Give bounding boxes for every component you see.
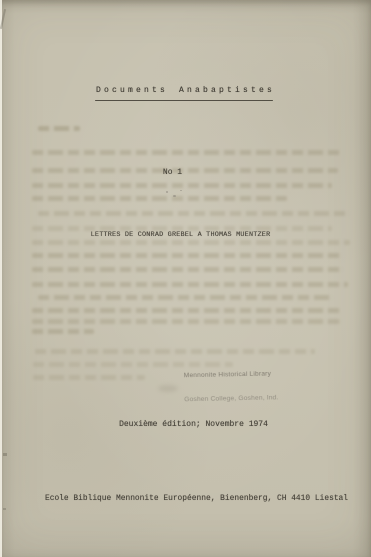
publisher-line: Ecole Biblique Mennonite Européenne, Bie… bbox=[11, 494, 371, 503]
edition-line: Deuxième édition; Novembre 1974 bbox=[8, 420, 371, 429]
series-header: Documents Anabaptistes bbox=[0, 86, 371, 95]
scanned-page: Documents Anabaptistes No 1 LETTRES DE C… bbox=[0, 0, 371, 557]
speck-mark bbox=[3, 508, 6, 510]
pencil-mark bbox=[180, 190, 182, 191]
bleedthrough-line bbox=[32, 267, 344, 272]
pencil-mark bbox=[166, 191, 168, 193]
document-title: LETTRES DE CONRAD GREBEL A THOMAS MUENTZ… bbox=[0, 231, 366, 239]
bleedthrough-line bbox=[32, 308, 340, 313]
issue-number: No 1 bbox=[0, 168, 358, 177]
bleedthrough-line bbox=[32, 196, 287, 201]
bleedthrough-line bbox=[32, 319, 342, 324]
pencil-mark bbox=[173, 195, 176, 197]
bleedthrough-line bbox=[32, 183, 332, 188]
bleedthrough-line bbox=[32, 253, 342, 258]
bleedthrough-line bbox=[32, 150, 340, 155]
bleedthrough-line bbox=[32, 240, 350, 245]
bleedthrough-line bbox=[38, 126, 80, 131]
library-stamp-line2: Goshen College, Goshen, Ind. bbox=[184, 394, 304, 405]
library-stamp: Mennonite Historical Library Goshen Coll… bbox=[183, 354, 304, 420]
library-stamp-line1: Mennonite Historical Library bbox=[184, 370, 304, 381]
bleedthrough-line bbox=[38, 211, 350, 216]
scan-edge bbox=[0, 0, 2, 557]
bleedthrough-line bbox=[33, 375, 145, 380]
speck-mark bbox=[3, 453, 7, 456]
bleedthrough-line bbox=[38, 295, 334, 300]
bleedthrough-line bbox=[32, 282, 348, 287]
bleedthrough-line bbox=[32, 329, 94, 334]
bleedthrough-line bbox=[35, 349, 315, 354]
smudge-mark bbox=[158, 385, 178, 392]
series-header-underline bbox=[95, 100, 273, 101]
